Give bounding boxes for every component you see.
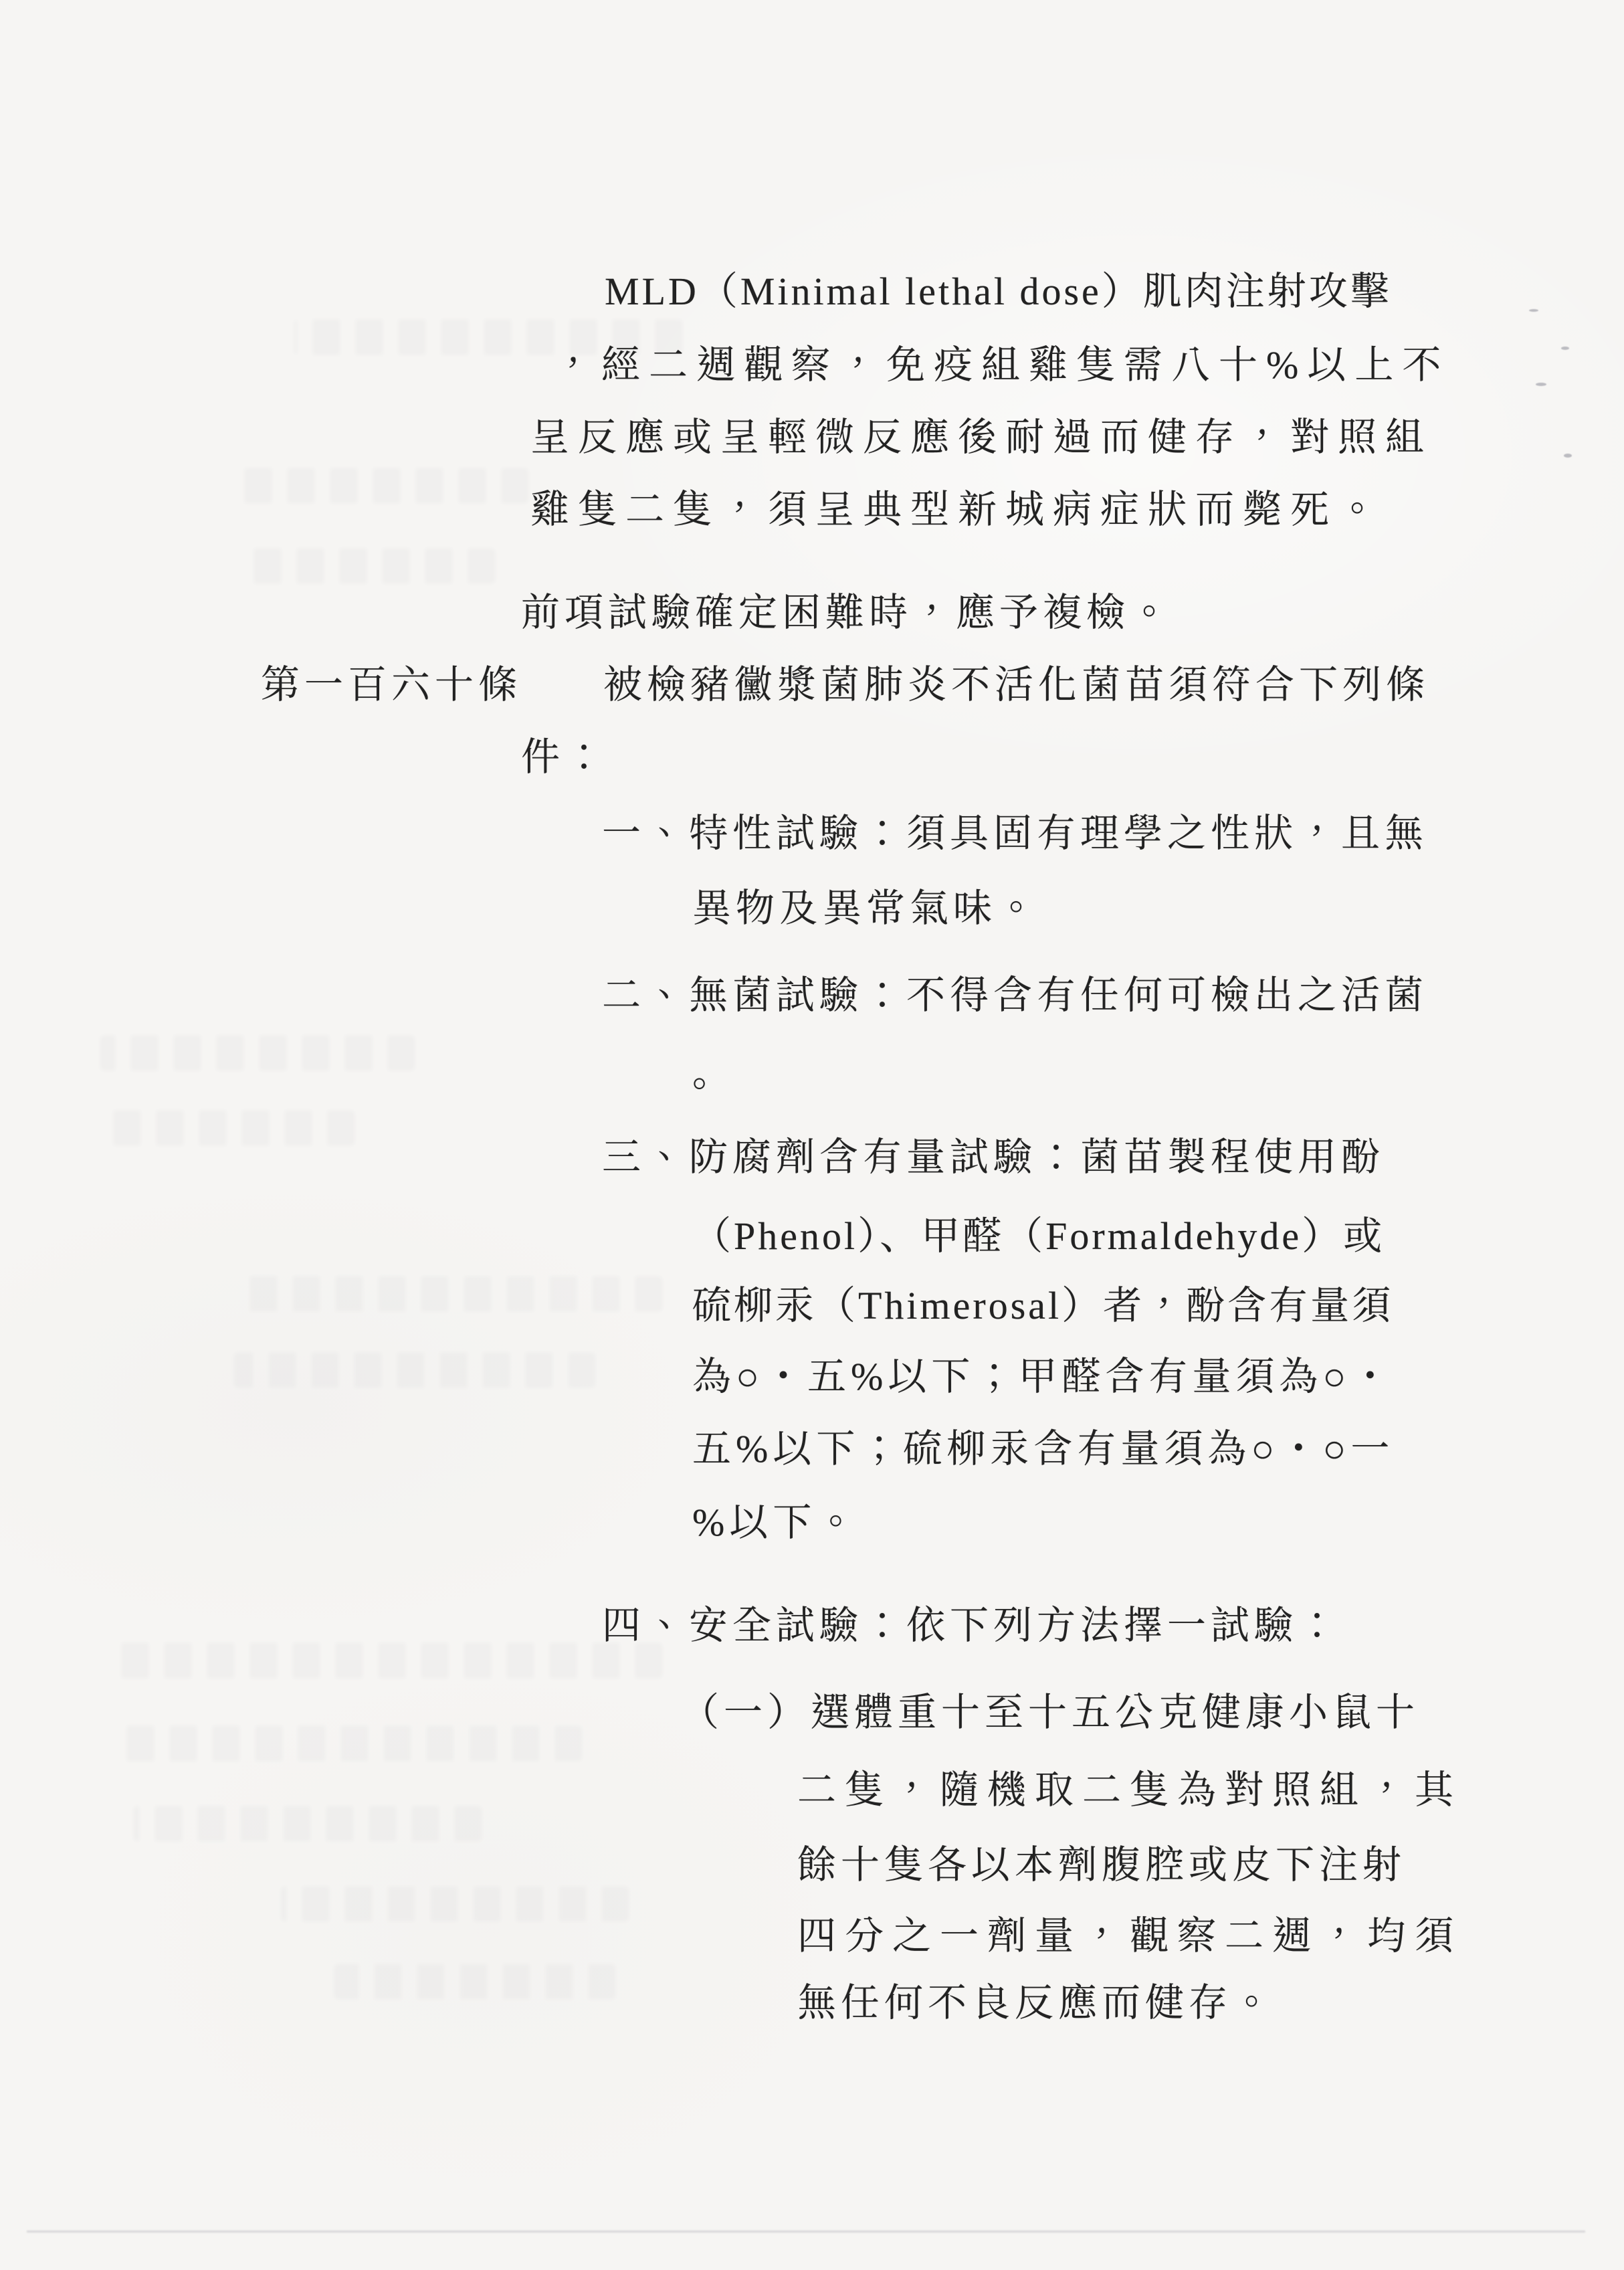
bleed-through-artifact [281, 1887, 629, 1921]
subitem-1-line-4: 四分之一劑量，觀察二週，均須 [797, 1915, 1462, 1958]
bleed-through-artifact [100, 1111, 354, 1145]
article-160-body-line-2: 件： [521, 736, 608, 779]
scan-speck-artifact [1564, 454, 1572, 458]
bleed-through-artifact [234, 1353, 595, 1388]
item-1-line-2: 異物及異常氣味。 [692, 887, 1040, 930]
scan-speck-artifact [1529, 309, 1538, 312]
bleed-through-artifact [100, 1036, 415, 1070]
bleed-through-artifact [134, 1806, 482, 1841]
bleed-through-artifact [234, 1276, 662, 1311]
paragraph-mld-line-4: 雞隻二隻，須呈典型新城病症狀而斃死。 [530, 488, 1385, 531]
item-2-line-1: 二、無菌試驗：不得含有任何可檢出之活菌 [602, 974, 1428, 1017]
scan-speck-artifact [1561, 347, 1569, 350]
subitem-1-line-3: 餘十隻各以本劑腹腔或皮下注射 [797, 1844, 1406, 1887]
article-160-body-line-1: 被檢豬黴漿菌肺炎不活化菌苗須符合下列條 [603, 664, 1429, 706]
document-page: MLD（Minimal lethal dose）肌肉注射攻擊 ，經二週觀察，免疫… [0, 0, 1624, 2270]
item-3-line-2: （Phenol）、甲醛（Formaldehyde）或 [692, 1215, 1385, 1258]
article-160-number: 第一百六十條 [261, 664, 522, 706]
bleed-through-artifact [114, 1726, 582, 1761]
item-4-line-1: 四、安全試驗：依下列方法擇一試驗： [602, 1604, 1341, 1647]
paragraph-recheck-line: 前項試驗確定困難時，應予複檢。 [521, 591, 1173, 634]
item-2-line-2: 。 [692, 1052, 736, 1095]
subitem-1-line-1: （一）選體重十至十五公克健康小鼠十 [680, 1691, 1419, 1734]
bleed-through-artifact [114, 1643, 662, 1678]
item-3-line-4: 為○・五%以下；甲醛含有量須為○・ [692, 1355, 1394, 1398]
bleed-through-artifact [241, 549, 495, 583]
item-3-line-3: 硫柳汞（Thimerosal）者，酚含有量須 [692, 1285, 1393, 1327]
subitem-1-line-2: 二隻，隨機取二隻為對照組，其 [797, 1769, 1462, 1812]
item-3-line-6: %以下。 [692, 1501, 859, 1544]
item-1-line-1: 一、特性試驗：須具固有理學之性狀，且無 [602, 812, 1428, 855]
paragraph-mld-line-2: ，經二週觀察，免疫組雞隻需八十%以上不 [554, 344, 1449, 387]
bleed-through-artifact [334, 1964, 615, 1999]
paragraph-mld-line-1: MLD（Minimal lethal dose）肌肉注射攻擊 [605, 270, 1392, 313]
item-3-line-5: 五%以下；硫柳汞含有量須為○・○一 [692, 1428, 1394, 1471]
paragraph-mld-line-3: 呈反應或呈輕微反應後耐過而健存，對照組 [530, 416, 1433, 459]
subitem-1-line-5: 無任何不良反應而健存。 [797, 1982, 1276, 2024]
item-3-line-1: 三、防腐劑含有量試驗：菌苗製程使用酚 [602, 1136, 1385, 1179]
scan-speck-artifact [1536, 383, 1546, 386]
scanner-streak-artifact [27, 2231, 1585, 2233]
bleed-through-artifact [241, 468, 528, 503]
